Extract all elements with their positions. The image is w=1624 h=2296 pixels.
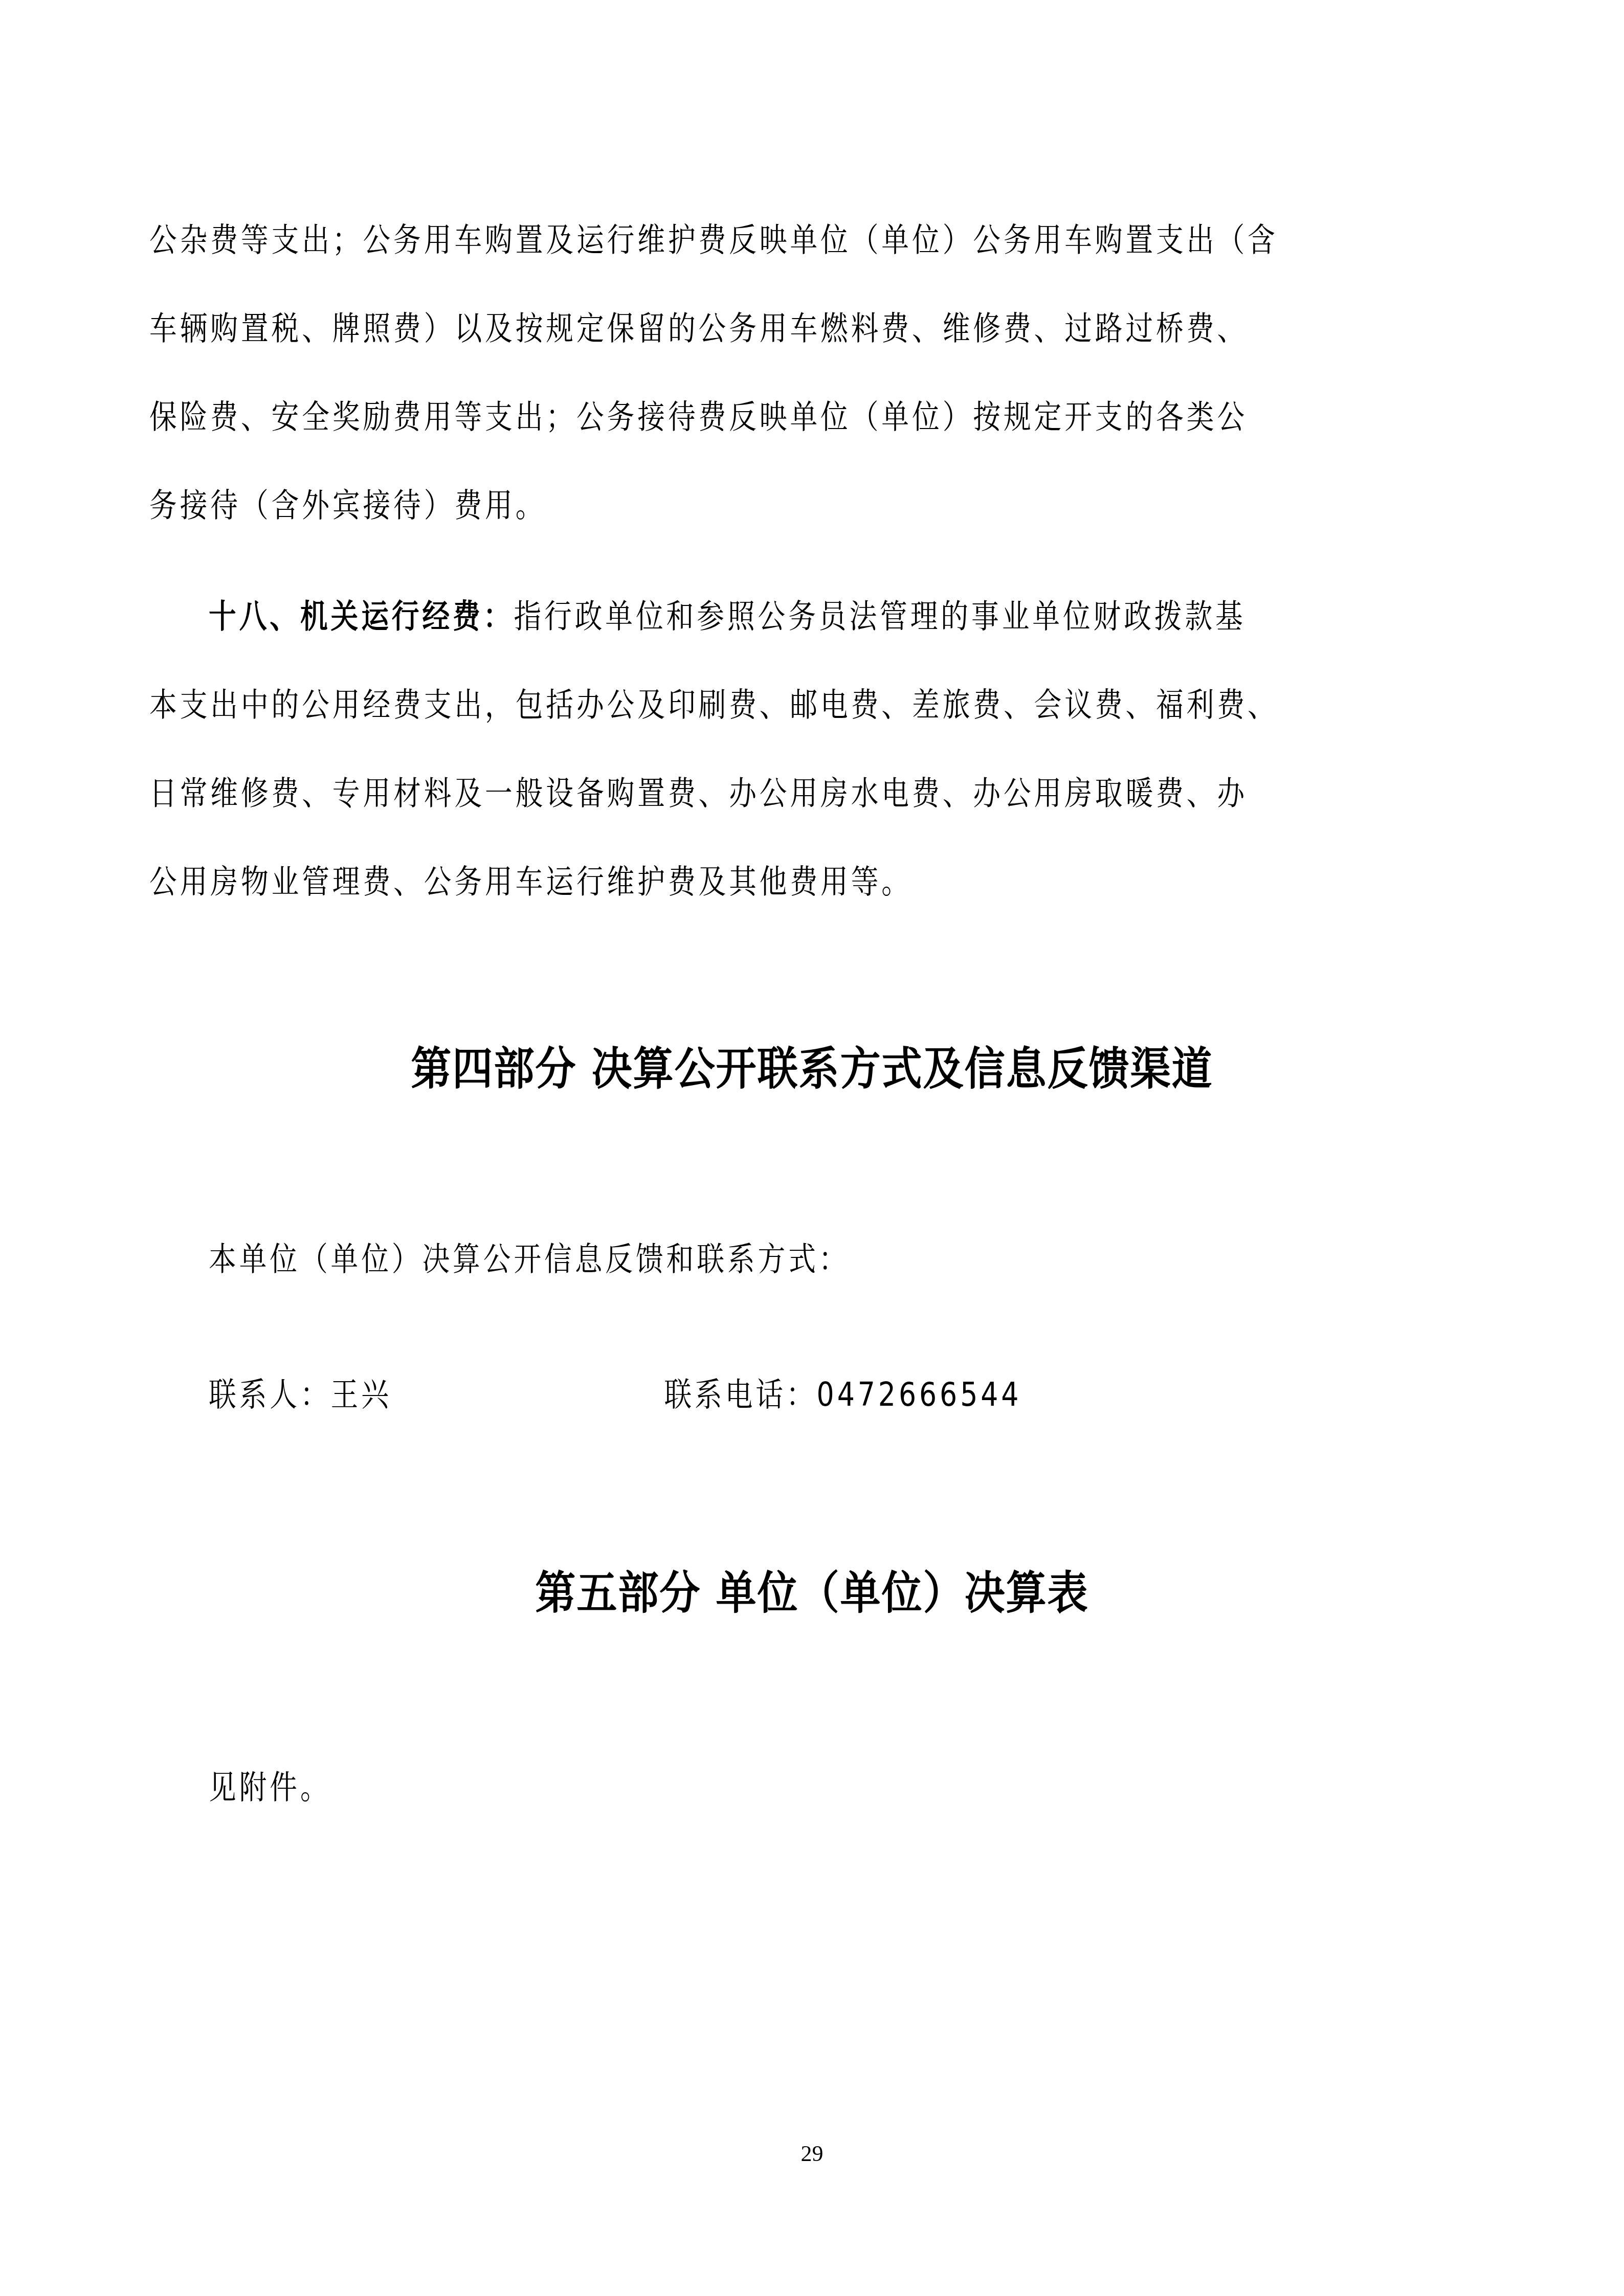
definition-line: 本支出中的公用经费支出，包括办公及印刷费、邮电费、差旅费、会议费、福利费、 xyxy=(149,681,1278,730)
section-heading-part4: 第四部分 决算公开联系方式及信息反馈渠道 xyxy=(0,1038,1624,1099)
page-number: 29 xyxy=(0,2139,1624,2169)
contact-phone-label: 联系电话： xyxy=(664,1376,816,1414)
contact-person-name: 王兴 xyxy=(331,1376,392,1414)
document-page: 公杂费等支出；公务用车购置及运行维护费反映单位（单位）公务用车购置支出（含 车辆… xyxy=(0,0,1624,2296)
section-heading-text: 第五部分 单位（单位）决算表 xyxy=(535,1562,1088,1624)
definition-line: 公用房物业管理费、公务用车运行维护费及其他费用等。 xyxy=(149,858,912,907)
paragraph-line: 公杂费等支出；公务用车购置及运行维护费反映单位（单位）公务用车购置支出（含 xyxy=(149,216,1278,265)
definition-term: 十八、机关运行经费： xyxy=(209,598,514,636)
contact-person-label: 联系人： xyxy=(209,1376,331,1414)
section-heading-part5: 第五部分 单位（单位）决算表 xyxy=(0,1562,1624,1624)
definition-line: 十八、机关运行经费：指行政单位和参照公务员法管理的事业单位财政拨款基 xyxy=(209,592,1246,641)
attachment-note: 见附件。 xyxy=(209,1763,331,1812)
contact-intro: 本单位（单位）决算公开信息反馈和联系方式： xyxy=(209,1235,849,1284)
contact-line: 联系人：王兴联系电话：0472666544 xyxy=(209,1370,1240,1420)
contact-phone-group: 联系电话：0472666544 xyxy=(664,1370,1021,1420)
contact-phone-number: 0472666544 xyxy=(817,1376,1022,1414)
definition-text: 指行政单位和参照公务员法管理的事业单位财政拨款基 xyxy=(514,598,1245,636)
paragraph-line: 车辆购置税、牌照费）以及按规定保留的公务用车燃料费、维修费、过路过桥费、 xyxy=(149,304,1248,353)
paragraph-line: 务接待（含外宾接待）费用。 xyxy=(149,481,546,530)
definition-line: 日常维修费、专用材料及一般设备购置费、办公用房水电费、办公用房取暖费、办 xyxy=(149,769,1248,818)
section-heading-text: 第四部分 决算公开联系方式及信息反馈渠道 xyxy=(411,1038,1213,1099)
paragraph-line: 保险费、安全奖励费用等支出；公务接待费反映单位（单位）按规定开支的各类公 xyxy=(149,393,1248,442)
